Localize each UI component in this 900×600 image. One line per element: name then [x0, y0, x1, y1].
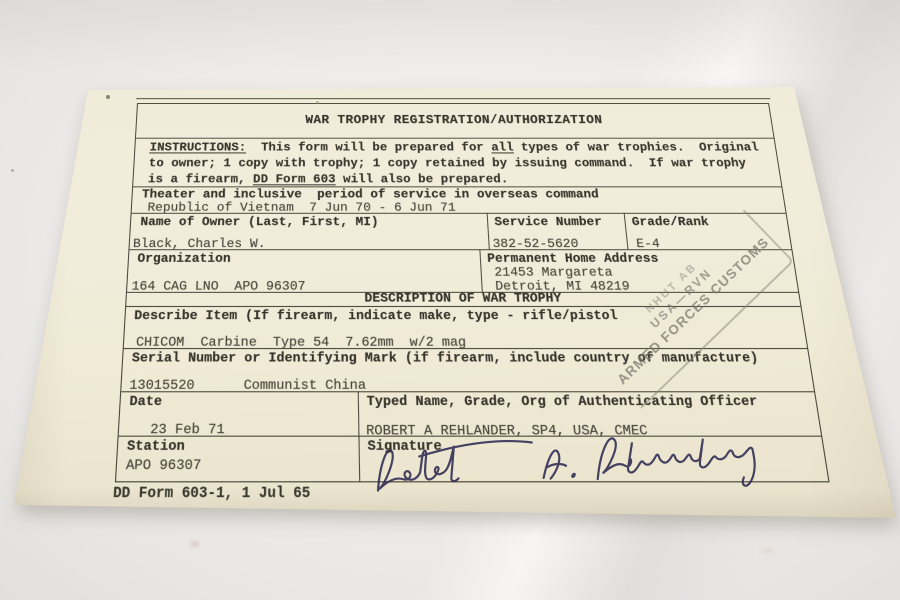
- station-value: APO 96307: [126, 457, 202, 474]
- home-address-line1: 21453 Margareta: [494, 265, 613, 280]
- instructions-seg-underlined: all: [491, 141, 514, 155]
- home-address-label: Permanent Home Address: [487, 251, 659, 266]
- describe-item-label: Describe Item (If firearm, indicate make…: [134, 308, 618, 323]
- backdrop-speck: [11, 169, 14, 172]
- backdrop-stain: [190, 541, 200, 547]
- date-cell: Date 23 Feb 71: [119, 391, 359, 435]
- row-theater: Theater and inclusive period of service …: [132, 186, 786, 213]
- backdrop-stain: [760, 548, 774, 553]
- instructions-seg: This form will be prepared for: [246, 141, 492, 155]
- instructions-heading: INSTRUCTIONS:: [149, 141, 246, 155]
- station-label: Station: [127, 438, 186, 455]
- instructions-seg: is a firearm,: [148, 172, 254, 186]
- row-owner: Name of Owner (Last, First, MI) Black, C…: [129, 213, 791, 250]
- instructions-text: INSTRUCTIONS: This form will be prepared…: [147, 141, 775, 188]
- instructions-line-2: to owner; 1 copy with trophy; 1 copy ret…: [148, 156, 773, 172]
- row-serial: Serial Number or Identifying Mark (if fi…: [121, 348, 814, 392]
- paper-speck: [316, 101, 319, 104]
- service-number-label: Service Number: [494, 215, 603, 229]
- instructions-seg: will also be prepared.: [336, 172, 509, 186]
- row-instructions: INSTRUCTIONS: This form will be prepared…: [133, 138, 781, 188]
- organization-cell: Organization 164 CAG LNO APO 96307: [127, 249, 482, 292]
- instructions-line-1: INSTRUCTIONS: This form will be prepared…: [149, 141, 770, 157]
- paper-speck: [106, 95, 110, 99]
- instructions-seg-underlined: DD Form 603: [253, 172, 336, 186]
- typed-name-label: Typed Name, Grade, Org of Authenticating…: [367, 393, 759, 409]
- grade-label: Grade/Rank: [631, 215, 710, 229]
- station-cell: Station APO 96307: [116, 436, 359, 482]
- owner-label: Name of Owner (Last, First, MI): [140, 215, 379, 229]
- organization-label: Organization: [137, 251, 231, 266]
- service-number-cell: Service Number 382-52-5620: [487, 213, 629, 249]
- date-label: Date: [129, 393, 162, 409]
- instructions-seg: types of war trophies. Original: [513, 141, 760, 155]
- form-title: WAR TROPHY REGISTRATION/AUTHORIZATION: [137, 113, 772, 127]
- theater-label: Theater and inclusive period of service …: [142, 187, 600, 201]
- form-number-footer: DD Form 603-1, 1 Jul 65: [113, 485, 311, 502]
- owner-cell: Name of Owner (Last, First, MI) Black, C…: [130, 213, 489, 249]
- photo-backdrop: WAR TROPHY REGISTRATION/AUTHORIZATION IN…: [0, 0, 900, 600]
- row-title: WAR TROPHY REGISTRATION/AUTHORIZATION: [136, 104, 774, 139]
- instructions-seg: to owner; 1 copy with trophy; 1 copy ret…: [148, 156, 747, 170]
